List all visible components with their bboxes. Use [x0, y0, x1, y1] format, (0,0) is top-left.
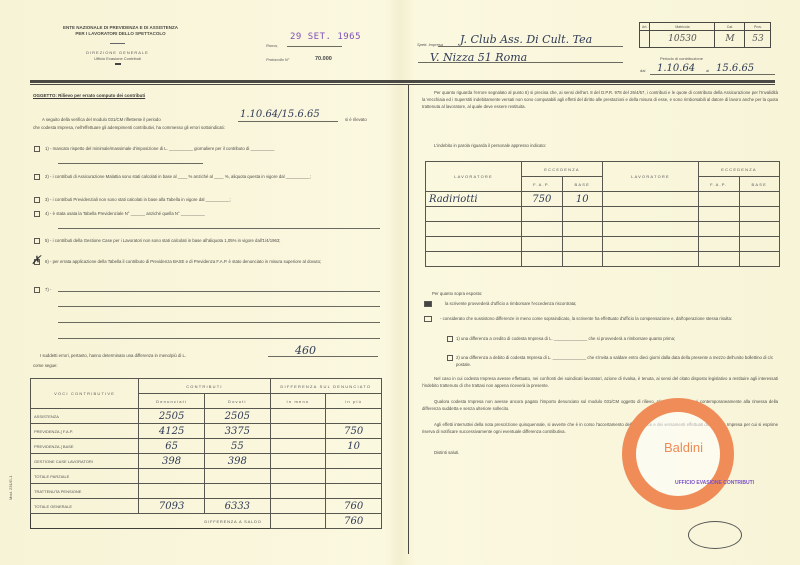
denunciati: 4125 — [139, 424, 205, 439]
per-quanto: Per quanto sopra esposto: — [432, 290, 482, 297]
paragraph-3: Nel caso in cui codesta Impresa avesse e… — [422, 375, 778, 389]
impresa-name: J. Club Ass. Di Cult. Tea — [460, 33, 592, 46]
table-row: TOTALE GENERALE 7093 6333 760 — [31, 499, 382, 514]
office-stamp: UFFICIO EVASIONE CONTRIBUTI — [675, 480, 754, 486]
al-label: al — [706, 68, 709, 73]
col-art: Art. — [640, 23, 650, 31]
item-3: 3) - i contributi Previdenziali non sono… — [45, 196, 385, 203]
fill-line — [268, 356, 378, 357]
voce: PREVIDENZA { BASE — [31, 439, 139, 454]
denunciati — [139, 484, 205, 499]
roma-label: Roma, — [266, 43, 278, 48]
col-base-2: BASE — [739, 177, 779, 192]
checkbox-item-2[interactable] — [34, 174, 40, 180]
al-value: 15.6.65 — [716, 63, 754, 74]
page-divider — [408, 84, 409, 554]
table-row: ASSISTENZA 2505 2505 — [31, 409, 382, 424]
val-art — [640, 31, 650, 48]
table-row: TOTALE PARZIALE — [31, 469, 382, 484]
col-prov: Prov. — [745, 23, 771, 31]
denunciati: 65 — [139, 439, 205, 454]
org-line-2: PER I LAVORATORI DELLO SPETTACOLO — [33, 31, 208, 37]
voce: TOTALE PARZIALE — [31, 469, 139, 484]
workers-table: LAVORATORE ECCEDENZA LAVORATORE ECCEDENZ… — [425, 161, 780, 267]
form-code: Mod. 231/G-1 — [8, 476, 13, 500]
piu — [326, 484, 382, 499]
ufficio-label: Ufficio Evasione Contributi — [70, 56, 165, 62]
col-cat: Cat. — [715, 23, 745, 31]
meno — [270, 484, 326, 499]
denunciati: 7093 — [139, 499, 205, 514]
meno — [270, 409, 326, 424]
item-6: 6) - per errata applicazione della Tabel… — [45, 258, 385, 265]
table-row: PREVIDENZA { F.A.P. 4125 3375 750 — [31, 424, 382, 439]
intro-text: A seguito della verifica del modulo 031/… — [42, 116, 161, 123]
checkbox-sub-2[interactable] — [447, 355, 453, 361]
col-fap: F.A.P. — [522, 177, 562, 192]
option-1: la scrivente provvederà d'ufficio a rimb… — [445, 300, 577, 307]
item-4: 4) - è stata usata la Tabella Previdenzi… — [45, 210, 385, 217]
voce: ASSISTENZA — [31, 409, 139, 424]
organization-name: ENTE NAZIONALE DI PREVIDENZA E DI ASSIST… — [33, 25, 208, 37]
meno — [270, 469, 326, 484]
item-1: 1) - mancato rispetto del minimale/massi… — [45, 145, 380, 152]
oggetto: OGGETTO: Rilievo per errato computo dei … — [33, 93, 145, 98]
address-line — [418, 62, 623, 63]
checkbox-option-1[interactable] — [424, 301, 432, 307]
checkmark-icon: ✗ — [31, 253, 41, 267]
col-lavoratore-2: LAVORATORE — [602, 162, 698, 192]
fill-line — [58, 163, 203, 164]
col-fap-2: F.A.P. — [699, 177, 739, 192]
col-base: BASE — [562, 177, 602, 192]
contributions-table: VOCI CONTRIBUTIVE CONTRIBUTI DIFFERENZA … — [30, 378, 382, 529]
item-5: 5) - i contributi della Gestione Case pe… — [45, 237, 385, 244]
piu: 760 — [326, 499, 382, 514]
base: 10 — [562, 192, 602, 207]
saldo-value: 760 — [326, 514, 382, 529]
col-eccedenza-2: ECCEDENZA — [699, 162, 780, 177]
voce: TOTALE GENERALE — [31, 499, 139, 514]
checkbox-item-1[interactable] — [34, 146, 40, 152]
header-separator — [30, 80, 775, 83]
date-stamp: 29 SET. 1965 — [290, 32, 361, 42]
registry-table: Art. Matricola Cat. Prov. 10530 M 53 — [639, 22, 771, 48]
dovuti: 55 — [204, 439, 270, 454]
denunciati: 2505 — [139, 409, 205, 424]
paragraph-1: Per quanto riguarda l'errore segnalato a… — [422, 89, 778, 110]
watermark-text: Baldini — [664, 440, 703, 455]
checkbox-sub-1[interactable] — [447, 336, 453, 342]
fap: 750 — [522, 192, 562, 207]
col-contributi: CONTRIBUTI — [139, 379, 270, 394]
period-line — [650, 74, 775, 75]
divider — [110, 43, 125, 44]
protocollo-label: Protocollo N° — [266, 57, 289, 62]
table-row — [426, 252, 780, 267]
val-cat: M — [715, 31, 745, 48]
fill-line — [58, 291, 380, 292]
lavoratore: Radiriotti — [426, 192, 522, 207]
val-matricola: 10530 — [650, 31, 715, 48]
dovuti — [204, 484, 270, 499]
document-scan: ENTE NAZIONALE DI PREVIDENZA E DI ASSIST… — [0, 0, 800, 565]
date-line — [287, 46, 342, 47]
fill-line — [58, 228, 380, 229]
table-row: GESTIONE CASE LAVORATORI 398 398 — [31, 454, 382, 469]
paragraph-4: Qualora codesta Impresa non avesse ancor… — [422, 398, 778, 412]
option-2: - considerato che sussistono differenze … — [440, 315, 780, 322]
table-row — [426, 222, 780, 237]
piu — [326, 409, 382, 424]
summary-text: I suddetti errori, pertanto, hanno deter… — [40, 352, 186, 359]
fill-line — [58, 338, 380, 339]
col-meno: in meno — [270, 394, 326, 409]
val-prov: 53 — [745, 31, 771, 48]
dovuti — [204, 469, 270, 484]
dal-label: dal — [640, 68, 645, 73]
saluti: Distinti saluti. — [434, 449, 459, 456]
dovuti: 398 — [204, 454, 270, 469]
col-eccedenza: ECCEDENZA — [522, 162, 603, 177]
checkbox-item-3[interactable] — [34, 197, 40, 203]
col-lavoratore: LAVORATORE — [426, 162, 522, 192]
col-dovuti: Dovuti — [204, 394, 270, 409]
table-row: TRATTENUTA PENSIONE — [31, 484, 382, 499]
table-row: PREVIDENZA { BASE 65 55 10 — [31, 439, 382, 454]
piu: 10 — [326, 439, 382, 454]
col-matricola: Matricola — [650, 23, 715, 31]
col-differenza: DIFFERENZA SUL DENUNCIATO — [270, 379, 381, 394]
piu — [326, 454, 382, 469]
saldo-label: DIFFERENZA A SALDO — [31, 514, 271, 529]
fill-line — [58, 322, 380, 323]
intro-text-3: che codesta Impresa, nell'effettuare gli… — [33, 124, 225, 131]
address-line — [438, 46, 623, 47]
round-stamp — [688, 521, 742, 549]
checkbox-option-2[interactable] — [424, 316, 432, 322]
protocollo-number: 70.000 — [315, 56, 332, 62]
sub-option-1: 1) una differenza a credito di codesta I… — [456, 335, 778, 342]
period-line — [238, 121, 338, 122]
summary-text-2: come segue: — [33, 362, 58, 369]
dovuti: 6333 — [204, 499, 270, 514]
intro-period: 1.10.64/15.6.65 — [240, 109, 320, 120]
col-piu: in più — [326, 394, 382, 409]
meno — [270, 454, 326, 469]
checkbox-item-7[interactable] — [34, 287, 40, 293]
header-separator-thin — [30, 84, 775, 85]
item-2: 2) - i contributi di Assicurazione Malat… — [45, 173, 380, 180]
meno — [270, 499, 326, 514]
piu — [326, 469, 382, 484]
saldo-row: DIFFERENZA A SALDO 760 — [31, 514, 382, 529]
voce: GESTIONE CASE LAVORATORI — [31, 454, 139, 469]
table-row: Radiriotti 750 10 — [426, 192, 780, 207]
dovuti: 3375 — [204, 424, 270, 439]
department: DIREZIONE GENERALE Ufficio Evasione Cont… — [70, 50, 165, 67]
table-row — [426, 237, 780, 252]
col-voci: VOCI CONTRIBUTIVE — [31, 379, 139, 409]
divider — [115, 63, 121, 65]
table-row — [426, 207, 780, 222]
meno — [270, 439, 326, 454]
dal-value: 1.10.64 — [657, 63, 695, 74]
checkbox-item-5[interactable] — [34, 238, 40, 244]
denunciati — [139, 469, 205, 484]
voce: PREVIDENZA { F.A.P. — [31, 424, 139, 439]
voce: TRATTENUTA PENSIONE — [31, 484, 139, 499]
intro-text-2: si è rilevato — [345, 116, 367, 123]
checkbox-item-4[interactable] — [34, 211, 40, 217]
fill-line — [58, 306, 380, 307]
sub-option-2: 2) una differenza a debito di codesta Im… — [456, 354, 778, 368]
denunciati: 398 — [139, 454, 205, 469]
col-denunciati: Denunciati — [139, 394, 205, 409]
periodo-label: Periodo di contribuzione — [660, 56, 703, 61]
paragraph-2: L'indebito in parola riguarda il persona… — [434, 142, 546, 149]
dovuti: 2505 — [204, 409, 270, 424]
saldo-meno — [270, 514, 326, 529]
meno — [270, 424, 326, 439]
piu: 750 — [326, 424, 382, 439]
